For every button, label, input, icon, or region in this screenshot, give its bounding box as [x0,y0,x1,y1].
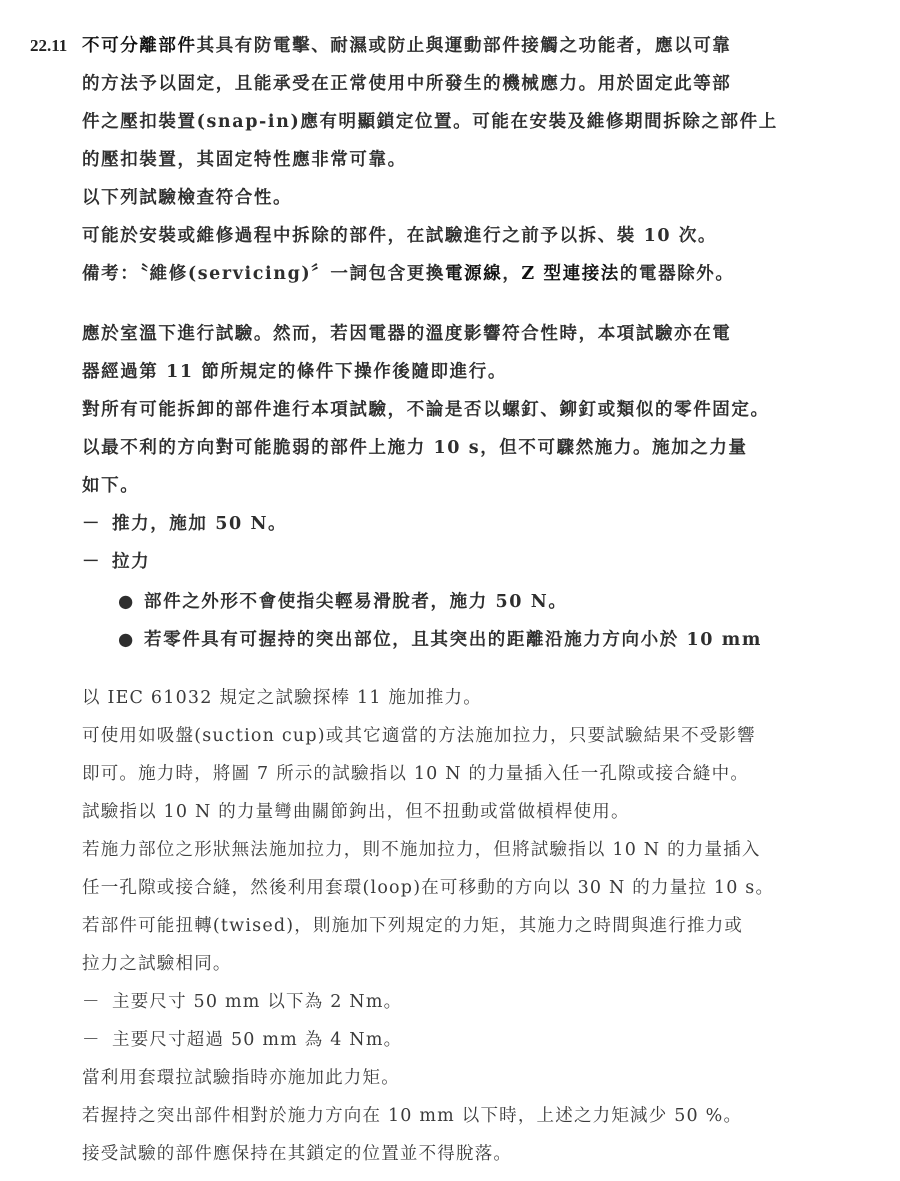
cont-line-6: 任一孔隙或接合縫，然後利用套環(loop)在可移動的方向以 30 N 的力量拉 … [82,876,774,900]
conditions-line-2: 器經過第 11 節所規定的條件下操作後隨即進行。 [82,360,507,384]
list-item-push: －推力，施加 50 N。 [82,512,287,536]
cont-line-7: 若部件可能扭轉(twised)，則施加下列規定的力矩，其施力之時間與進行推力或 [82,914,743,938]
disassembly-text: 可能於安裝或維修過程中拆除的部件，在試驗進行之前予以拆、裝 10 次。 [82,224,717,248]
final-line-2: 若握持之突出部件相對於施力方向在 10 mm 以下時，上述之力矩減少 50 %。 [82,1104,742,1128]
cont-line-5: 若施力部位之形狀無法施加拉力，則不施加拉力，但將試驗指以 10 N 的力量插入 [82,838,761,862]
compliance-check: 以下列試驗檢查符合性。 [82,186,292,210]
list-item-pull: －拉力 [82,550,150,574]
conditions-line-5: 如下。 [82,474,139,498]
section-title-term: 不可分離部件 [82,36,197,56]
dash-icon: － [82,512,112,536]
pull-bullet-1: ●部件之外形不會使指尖輕易滑脫者，施力 50 N。 [118,590,567,614]
conditions-line-4: 以最不利的方向對可能脆弱的部件上施力 10 s，但不可驟然施力。施加之力量 [82,436,748,460]
dash-icon: － [82,550,112,574]
note-line: 備考：〝維修(servicing)〞一詞包含更換電源線，Z 型連接法的電器除外。 [82,262,735,286]
cont-line-8: 拉力之試驗相同。 [82,952,232,976]
cont-line-3: 即可。施力時，將圖 7 所示的試驗指以 10 N 的力量插入任一孔隙或接合縫中。 [82,762,749,786]
final-line-3: 接受試驗的部件應保持在其鎖定的位置並不得脫落。 [82,1142,512,1166]
term-power-cord: 電源線 [445,264,502,284]
torque-item-2: －主要尺寸超過 50 mm 為 4 Nm。 [82,1028,402,1052]
cont-line-4: 試驗指以 10 N 的力量彎曲關節鉤出，但不扭動或當做槓桿使用。 [82,800,630,824]
dash-icon: － [82,1028,112,1052]
torque-item-1: －主要尺寸 50 mm 以下為 2 Nm。 [82,990,402,1014]
bullet-icon: ● [118,628,144,652]
cont-line-2: 可使用如吸盤(suction cup)或其它適當的方法施加拉力，只要試驗結果不受… [82,724,756,748]
pull-bullet-2: ●若零件具有可握持的突出部位，且其突出的距離沿施力方向小於 10 mm [118,628,762,652]
term-type-z: Z 型連接法 [521,264,619,284]
section-number: 22.11 [30,34,67,58]
section-line-3: 件之壓扣裝置(snap-in)應有明顯鎖定位置。可能在安裝及維修期間拆除之部件上 [82,110,778,134]
conditions-line-1: 應於室溫下進行試驗。然而，若因電器的溫度影響符合性時，本項試驗亦在電 [82,322,731,346]
document-page: 22.11 不可分離部件其具有防電擊、耐濕或防止與運動部件接觸之功能者，應以可靠… [0,0,900,1181]
section-line-2: 的方法予以固定，且能承受在正常使用中所發生的機械應力。用於固定此等部 [82,72,731,96]
section-line-4: 的壓扣裝置，其固定特性應非常可靠。 [82,148,407,172]
conditions-line-3: 對所有可能拆卸的部件進行本項試驗，不論是否以螺釘、鉚釘或類似的零件固定。 [82,398,770,422]
bullet-icon: ● [118,590,144,614]
cont-line-1: 以 IEC 61032 規定之試驗探棒 11 施加推力。 [82,686,482,710]
dash-icon: － [82,990,112,1014]
section-line-1: 不可分離部件其具有防電擊、耐濕或防止與運動部件接觸之功能者，應以可靠 [82,34,731,58]
final-line-1: 當利用套環拉試驗指時亦施加此力矩。 [82,1066,400,1090]
